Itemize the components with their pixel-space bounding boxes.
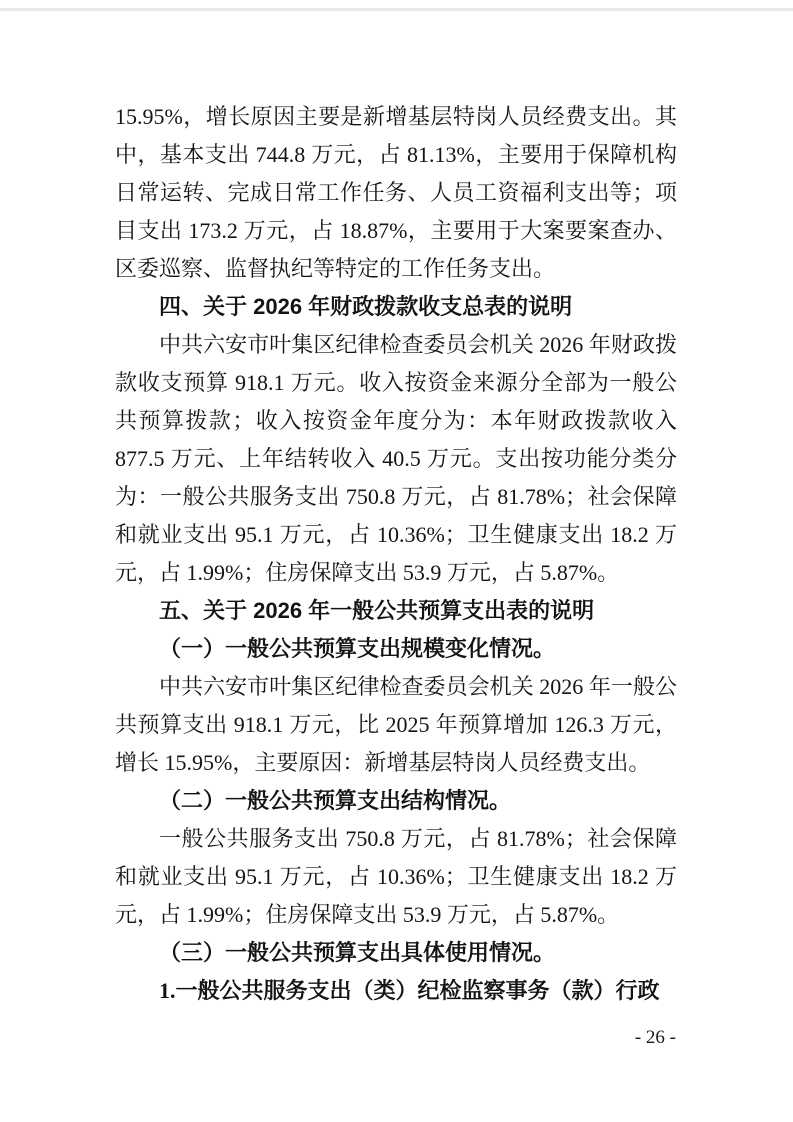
subsection-heading-2-expenditure-structure: （二）一般公共预算支出结构情况。 [115, 782, 677, 820]
paragraph-fiscal-appropriation-budget: 中共六安市叶集区纪律检查委员会机关 2026 年财政拨款收支预算 918.1 万… [115, 326, 677, 592]
document-body: 15.95%，增长原因主要是新增基层特岗人员经费支出。其中，基本支出 744.8… [115, 98, 677, 1010]
paragraph-continuation-expenditure-growth: 15.95%，增长原因主要是新增基层特岗人员经费支出。其中，基本支出 744.8… [115, 98, 677, 288]
subsection-heading-1-expenditure-scale-change: （一）一般公共预算支出规模变化情况。 [115, 630, 677, 668]
document-page: 15.95%，增长原因主要是新增基层特岗人员经费支出。其中，基本支出 744.8… [0, 0, 793, 1122]
numbered-item-1-general-public-service-expenditure: 1.一般公共服务支出（类）纪检监察事务（款）行政 [115, 972, 677, 1010]
section-heading-5-general-public-budget-expenditure: 五、关于 2026 年一般公共预算支出表的说明 [115, 592, 677, 630]
section-heading-4-fiscal-appropriation-summary: 四、关于 2026 年财政拨款收支总表的说明 [115, 288, 677, 326]
paragraph-expenditure-scale-change: 中共六安市叶集区纪律检查委员会机关 2026 年一般公共预算支出 918.1 万… [115, 668, 677, 782]
page-number: - 26 - [635, 1024, 676, 1052]
paragraph-expenditure-structure: 一般公共服务支出 750.8 万元，占 81.78%；社会保障和就业支出 95.… [115, 820, 677, 934]
scan-edge-artifact [0, 8, 793, 11]
subsection-heading-3-expenditure-specific-usage: （三）一般公共预算支出具体使用情况。 [115, 934, 677, 972]
